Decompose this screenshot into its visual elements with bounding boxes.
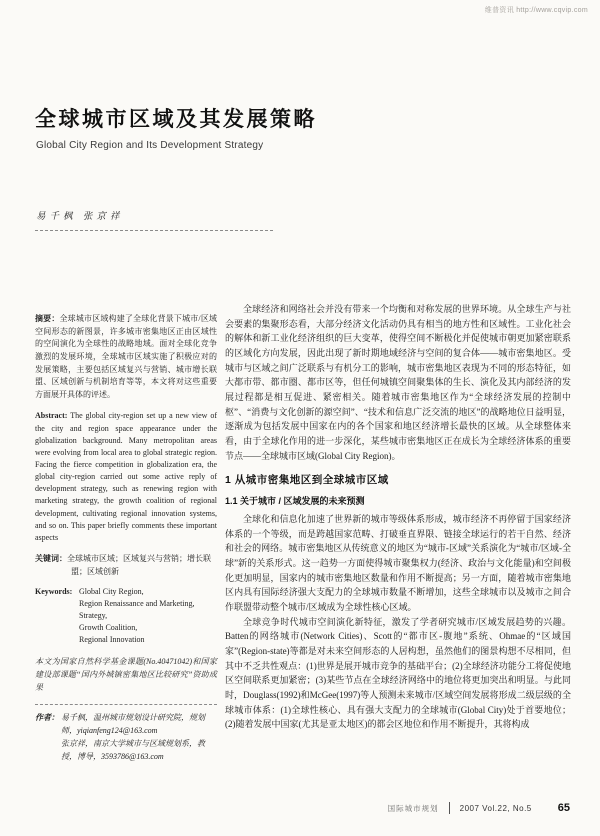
journal-name: 国际城市规划 [388,803,439,814]
keywords-cn-label: 关键词： [35,554,67,563]
abstract-cn-label: 摘要： [35,314,60,323]
section-1-1-heading: 1.1 关于城市 / 区域发展的未来预测 [225,494,571,509]
author-info: 作者： 易千枫，温州城市规划设计研究院，规划师，yiqianfeng124@16… [35,712,217,763]
author-info-line: 易千枫，温州城市规划设计研究院，规划师，yiqianfeng124@163.co… [61,712,217,738]
body-paragraph-2: 全球化和信息化加速了世界新的城市等级体系形成，城市经济不再停留于国家经济体系的一… [225,512,571,615]
issue-info: 2007 Vol.22, No.5 [460,804,532,813]
page-footer: 国际城市规划 2007 Vol.22, No.5 65 [388,802,570,814]
keywords-en-label: Keywords: [35,586,79,646]
header-dashed-divider [35,230,273,231]
left-column: 摘要：全球城市区域构建了全球化背景下城市/区域空间形态的新图景，许多城市密集地区… [35,313,217,763]
keyword-item: Global City Region, [79,586,195,598]
cqvip-watermark: 维普资讯 http://www.cqvip.com [485,5,588,15]
abstract-cn-text: 全球城市区域构建了全球化背景下城市/区域空间形态的新图景，许多城市密集地区正由区… [35,314,217,399]
keywords-en-list: Global City Region, Region Renaissance a… [79,586,195,646]
abstract-en-label: Abstract: [35,411,67,420]
author-dashed-divider [35,704,217,705]
keyword-item: Regional Innovation [79,634,195,646]
keyword-item: Growth Coalition, [79,622,195,634]
keyword-item: Region Renaissance and Marketing, [79,598,195,610]
author-info-line: 张京祥，南京大学城市与区域规划系，教授，博导，3593786@163.com [61,738,217,764]
abstract-cn: 摘要：全球城市区域构建了全球化背景下城市/区域空间形态的新图景，许多城市密集地区… [35,313,217,401]
keywords-en: Keywords: Global City Region, Region Ren… [35,586,217,646]
keywords-cn: 关键词：全球城市区域；区域复兴与营销；增长联盟；区域创新 [35,553,217,578]
article-title-en: Global City Region and Its Development S… [36,140,466,151]
main-text-column: 全球经济和网络社会并没有带来一个均衡和对称发展的世界环境。从全球生产与社会要素的… [225,302,571,732]
author-names: 易千枫 张京祥 [36,208,123,222]
body-paragraph-3: 全球竞争时代城市空间演化新特征，激发了学者研究城市/区域发展趋势的兴趣。Batt… [225,615,571,732]
keyword-item: Strategy, [79,610,195,622]
scanned-paper-page: 维普资讯 http://www.cqvip.com 全球城市区域及其发展策略 G… [0,0,600,836]
page-number: 65 [558,802,570,814]
section-1-heading: 1 从城市密集地区到全球城市区域 [225,472,571,489]
article-title-cn: 全球城市区域及其发展策略 [35,103,465,133]
keywords-cn-text: 全球城市区域；区域复兴与营销；增长联盟；区域创新 [67,554,211,576]
abstract-en-text: The global city-region set up a new view… [35,411,217,542]
abstract-en: Abstract: The global city-region set up … [35,410,217,544]
author-info-lines: 易千枫，温州城市规划设计研究院，规划师，yiqianfeng124@163.co… [61,712,217,763]
funding-note: 本文为国家自然科学基金课题(No.40471042)和国家建设部课题“国内外城镇… [35,656,217,695]
body-paragraph-1: 全球经济和网络社会并没有带来一个均衡和对称发展的世界环境。从全球生产与社会要素的… [225,302,571,463]
footer-separator [449,802,450,814]
author-info-label: 作者： [35,712,61,763]
